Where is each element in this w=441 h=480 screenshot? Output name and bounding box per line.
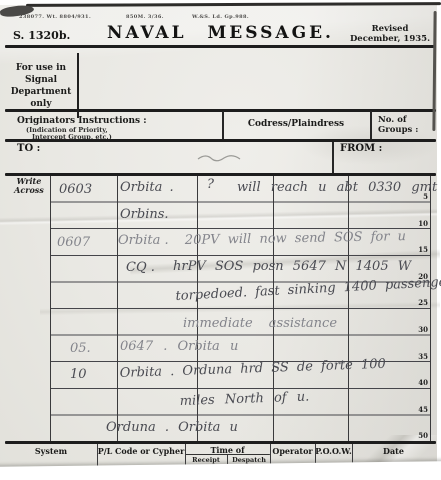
revised-date: Revised December, 1935. <box>344 24 436 44</box>
print-reference: 850M. 3/36. <box>126 14 164 20</box>
group-count-mark: 25 <box>402 298 428 307</box>
from-field-label: FROM : <box>340 143 382 154</box>
pl-code-column-label: P/L Code or Cypher <box>97 446 185 456</box>
system-column-label: System <box>5 446 97 456</box>
handwritten-entry: 0647 . Orbita u <box>120 339 238 354</box>
revised-line1: Revised <box>372 24 409 34</box>
handwritten-entry: Orbita . <box>120 180 174 195</box>
group-count-mark: 30 <box>402 325 428 334</box>
cell-divider <box>370 111 372 140</box>
pencil-squiggle <box>196 153 242 163</box>
write-across-line2: Across <box>14 185 44 195</box>
handwritten-entry: Orbita . <box>118 233 169 248</box>
handwritten-entry: 05. <box>70 341 91 356</box>
grid-column-line <box>117 176 118 442</box>
codress-plaindress-label: Codress/Plaindress <box>222 119 370 129</box>
group-count-mark: 15 <box>402 245 428 254</box>
to-from-divider <box>332 142 334 173</box>
to-field-label: TO : <box>17 143 40 154</box>
date-column-label: Date <box>352 446 435 456</box>
group-count-mark: 20 <box>402 272 428 281</box>
group-count-mark: 45 <box>402 405 428 414</box>
grid-column-line <box>50 176 51 442</box>
handwritten-entry: 10 <box>70 367 87 382</box>
group-count-mark: 40 <box>402 378 428 387</box>
groups-line2: Groups : <box>378 125 418 135</box>
handwritten-entry: CQ . <box>126 260 155 275</box>
poow-column-label: P.O.O.W. <box>315 446 352 456</box>
section-rule <box>5 139 436 142</box>
handwritten-entry: Orbins. <box>120 207 169 222</box>
signal-box-line: Signal <box>25 75 57 85</box>
originators-instructions-label: Originators Instructions : <box>17 116 147 126</box>
group-count-mark: 35 <box>402 352 428 361</box>
receipt-column-label: Receipt <box>186 456 226 464</box>
handwritten-entry: ? <box>207 177 214 192</box>
signal-box-line: only <box>30 99 51 109</box>
grid-column-line <box>430 176 431 442</box>
group-count-mark: 50 <box>402 431 428 440</box>
groups-line1: No. of <box>378 115 407 125</box>
handwritten-entry: Orduna . Orbita u <box>106 420 238 435</box>
operator-column-label: Operator <box>270 446 315 456</box>
handwritten-entry: 0607 <box>57 235 90 250</box>
handwritten-entry: 0603 <box>59 182 92 197</box>
no-of-groups-label: No. of Groups : <box>378 115 418 135</box>
section-rule <box>5 441 436 444</box>
group-count-mark: 10 <box>402 219 428 228</box>
print-reference: 238077. Wt. 8804/931. <box>19 14 91 20</box>
cell-divider <box>222 111 224 140</box>
paper: 238077. Wt. 8804/931. 850M. 3/36. W.&S. … <box>0 5 437 474</box>
group-count-mark: 5 <box>402 192 428 201</box>
print-reference: W.&S. Ld. Gp.988. <box>192 14 249 20</box>
grid-column-line <box>348 176 349 442</box>
handwritten-entry: hrPV SOS posn 5647 N 1405 W <box>173 259 411 274</box>
signal-box-line: For use in <box>16 63 66 73</box>
naval-message-scan: { "header": { "print_refs": ["238077. Wt… <box>0 0 441 480</box>
signal-box-line: Department <box>11 87 72 97</box>
header-rule <box>5 45 436 48</box>
handwritten-entry: immediate assistance <box>183 316 337 331</box>
write-across-label: Write Across <box>8 177 50 195</box>
paper-edge-shadow <box>432 11 436 131</box>
revised-line2: December, 1935. <box>350 34 430 44</box>
